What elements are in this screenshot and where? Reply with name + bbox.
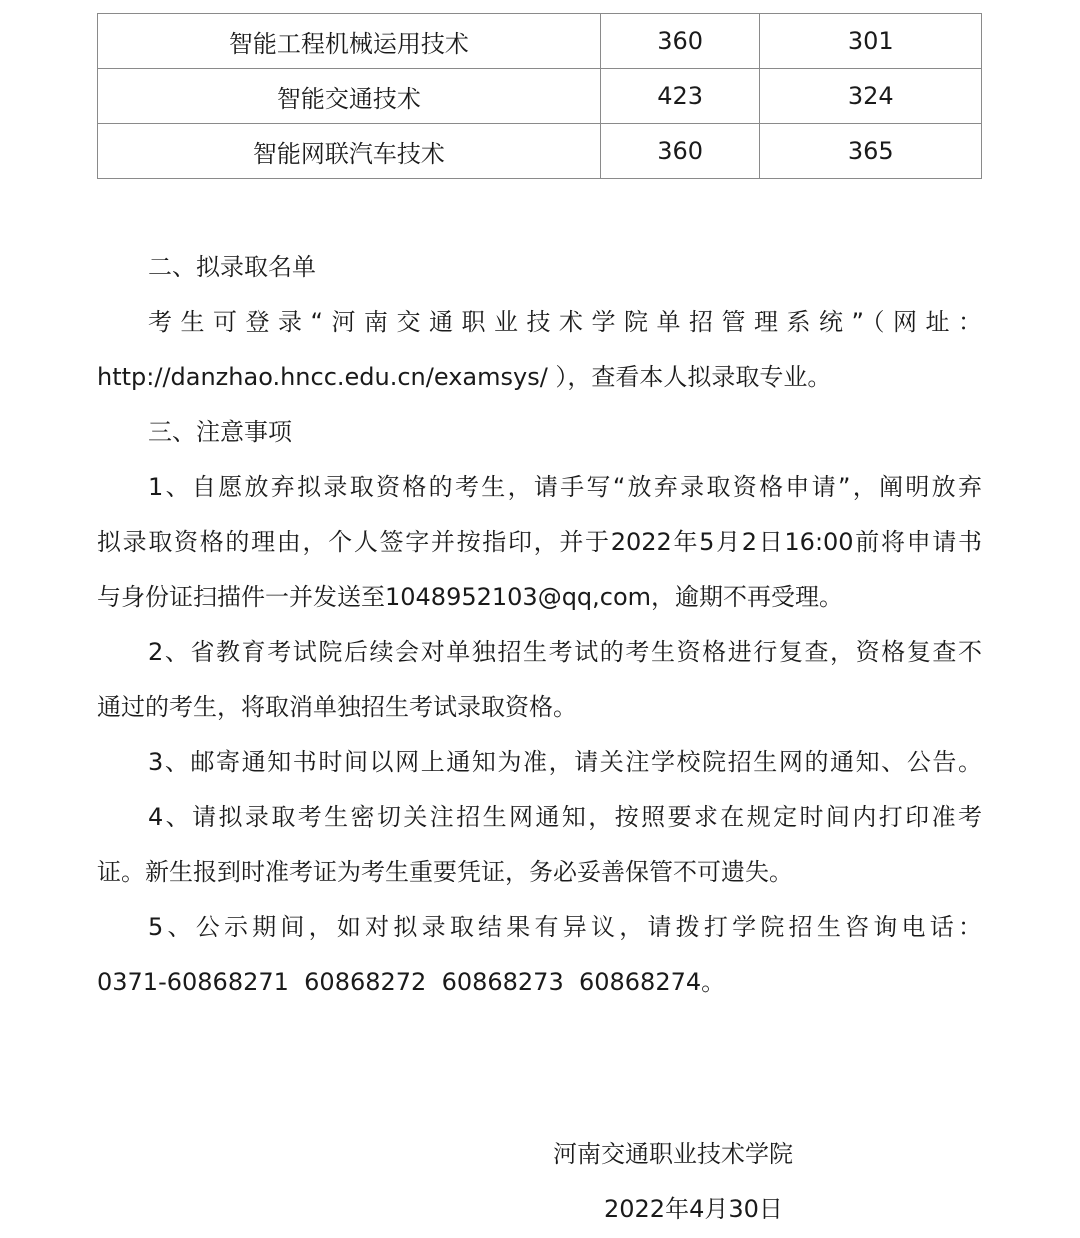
item5-phone-line: 0371-60868271 60868272 60868273 60868274… — [97, 967, 982, 997]
section2-url-line: http://danzhao.hncc.edu.cn/examsys/ ），查看… — [97, 362, 982, 392]
score-cell: 301 — [760, 14, 982, 69]
item2-line1: 2、省教育考试院后续会对单独招生考试的考生资格进行复查，资格复查不 — [97, 637, 982, 667]
item1-line2: 拟录取资格的理由，个人签字并按指印，并于2022年5月2日16:00前将申请书 — [97, 527, 982, 557]
score-cell: 365 — [760, 124, 982, 179]
table-row: 智能交通技术 423 324 — [98, 69, 982, 124]
table-row: 智能网联汽车技术 360 365 — [98, 124, 982, 179]
section2-text-line1: 考生可登录“河南交通职业技术学院单招管理系统”（网址： — [97, 307, 982, 337]
score-cell: 324 — [760, 69, 982, 124]
signature-date: 2022年4月30日 — [604, 1189, 783, 1224]
score-cell: 423 — [600, 69, 760, 124]
item5-line1: 5、公示期间，如对拟录取结果有异议，请拨打学院招生咨询电话： — [97, 912, 982, 942]
item3-line1: 3、邮寄通知书时间以网上通知为准，请关注学校院招生网的通知、公告。 — [97, 747, 982, 777]
item4-line1: 4、请拟录取考生密切关注招生网通知，按照要求在规定时间内打印准考 — [97, 802, 982, 832]
item1-line1: 1、自愿放弃拟录取资格的考生，请手写“放弃录取资格申请”，阐明放弃 — [97, 472, 982, 502]
section2-heading: 二、拟录取名单 — [97, 252, 982, 282]
item4-line2: 证。新生报到时准考证为考生重要凭证，务必妥善保管不可遗失。 — [97, 857, 982, 887]
score-cell: 360 — [600, 14, 760, 69]
score-cell: 360 — [600, 124, 760, 179]
major-cell: 智能网联汽车技术 — [98, 124, 601, 179]
table-row: 智能工程机械运用技术 360 301 — [98, 14, 982, 69]
major-cell: 智能工程机械运用技术 — [98, 14, 601, 69]
score-table: 智能工程机械运用技术 360 301 智能交通技术 423 324 智能网联汽车… — [97, 13, 982, 179]
major-cell: 智能交通技术 — [98, 69, 601, 124]
item1-line3: 与身份证扫描件一并发送至1048952103@qq,com，逾期不再受理。 — [97, 582, 982, 612]
item2-line2: 通过的考生，将取消单独招生考试录取资格。 — [97, 692, 982, 722]
signature-org: 河南交通职业技术学院 — [553, 1134, 793, 1169]
section3-heading: 三、注意事项 — [97, 417, 982, 447]
